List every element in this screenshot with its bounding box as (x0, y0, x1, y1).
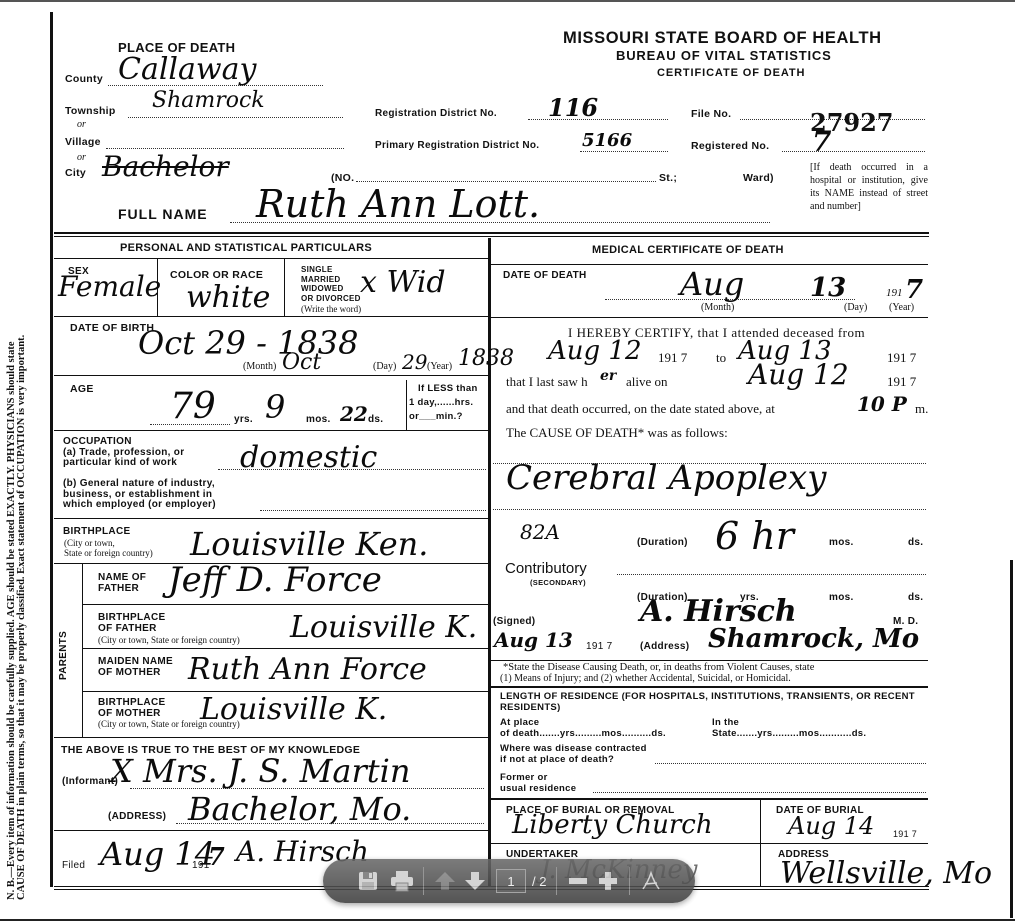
city-label: City (65, 167, 86, 179)
age-years: 79 (170, 386, 216, 427)
occupation-b3-label: which employed (or employer) (63, 500, 216, 511)
divider (491, 660, 928, 661)
ds-label-2: ds. (908, 592, 923, 603)
full-name-label: FULL NAME (118, 206, 208, 222)
mother-name-label1: MAIDEN NAME (98, 656, 173, 667)
occupation-b1-label: (b) General nature of industry, (63, 479, 216, 490)
age-days: 22 (340, 402, 368, 426)
filed-year-prefix: 191 (192, 860, 210, 871)
last-saw-date: Aug 12 (748, 358, 849, 391)
mother-bp-label1: BIRTHPLACE (98, 697, 165, 708)
left-border (50, 12, 53, 887)
father-name-value: Jeff D. Force (168, 560, 382, 600)
marital-divorced: OR DIVORCED (301, 294, 361, 304)
day-label: (Day) (844, 302, 867, 313)
township-value: Shamrock (152, 88, 265, 113)
time-of-death: 10 P (857, 392, 907, 416)
alive-on-text: alive on (626, 374, 668, 390)
hospital-note: [If death occurred in a hospital or inst… (810, 161, 928, 213)
save-button[interactable] (353, 866, 383, 896)
father-name-label1: NAME OF (98, 572, 146, 583)
contracted-label2: if not at place of death? (500, 754, 647, 765)
former-line (593, 792, 926, 793)
burial-place-value: Liberty Church (512, 810, 713, 840)
previous-page-button[interactable] (430, 866, 460, 896)
mother-name-value: Ruth Ann Force (188, 652, 427, 687)
father-bp-label1: BIRTHPLACE (98, 612, 165, 623)
father-birthplace-value: Louisville K. (290, 610, 477, 645)
death-year-suffix: 7 (905, 275, 923, 305)
divider (491, 843, 928, 844)
dob-value: Oct 29 - 1838 (138, 324, 359, 362)
full-name-value: Ruth Ann Lott. (256, 182, 540, 226)
occupation-value: domestic (240, 440, 377, 475)
minus-icon (567, 870, 589, 892)
birthplace-label: BIRTHPLACE (63, 526, 130, 537)
death-year-prefix: 191 (886, 287, 903, 299)
registration-district-label: Registration District No. (375, 108, 497, 119)
residence-heading: LENGTH OF RESIDENCE (FOR HOSPITALS, INST… (500, 691, 928, 713)
county-label: County (65, 73, 103, 85)
year-label: (Year) (427, 361, 452, 372)
st-label: St.; (659, 172, 677, 184)
birthplace-hint1: (City or town, (64, 538, 153, 548)
footnote-line1: *State the Disease Causing Death, or, in… (503, 662, 814, 673)
at-place-label1: At place (500, 717, 666, 728)
cause-text: The CAUSE OF DEATH* was as follows: (506, 425, 728, 441)
year-label: (Year) (889, 302, 914, 313)
day-value: 29 (402, 350, 427, 374)
burial-date-year: 191 7 (893, 829, 917, 839)
file-no-label: File No. (691, 108, 731, 120)
former-residence-block: Former or usual residence (500, 772, 576, 794)
marital-value: x Wid (360, 265, 446, 300)
marital-hint: (Write the word) (301, 304, 361, 314)
next-page-button[interactable] (460, 866, 490, 896)
cause-value: Cerebral Apoplexy (506, 458, 826, 498)
or-text: or (77, 119, 86, 130)
divider (54, 258, 488, 259)
print-icon (390, 870, 414, 892)
contracted-line (655, 763, 926, 764)
ds-label: ds. (368, 414, 383, 425)
mother-birthplace-label: BIRTHPLACE OF MOTHER (98, 697, 165, 719)
date-of-death-label: DATE OF DEATH (503, 270, 587, 281)
parents-label: PARENTS (58, 631, 69, 680)
toolbar-separator (629, 867, 630, 895)
or-text: or (77, 152, 86, 163)
contracted-label1: Where was disease contracted (500, 743, 647, 754)
birthplace-hint2: State or foreign country) (64, 548, 153, 558)
attended-from-year: 191 7 (658, 350, 687, 366)
county-value: Callaway (118, 52, 256, 87)
board-title: MISSOURI STATE BOARD OF HEALTH (563, 29, 882, 48)
mos-label: mos. (306, 414, 331, 425)
registration-district-value: 116 (548, 93, 598, 122)
less-than-text: If LESS than (418, 383, 478, 394)
father-bp-hint: (City or town, State or foreign country) (98, 635, 240, 645)
divider (82, 563, 83, 738)
right-edge (1010, 560, 1013, 918)
in-state-label1: In the (712, 717, 866, 728)
signed-label: (Signed) (493, 616, 535, 627)
less-than-hours: 1 day,......hrs. (409, 397, 473, 408)
duration-value: 6 hr (715, 514, 794, 558)
duration-label: (Duration) (637, 537, 688, 548)
signed-date: Aug 13 (494, 628, 573, 652)
physician-address-label: (Address) (640, 641, 689, 652)
father-name-label2: FATHER (98, 583, 146, 594)
city-value: Bachelor (102, 150, 229, 183)
month-label: (Month) (701, 302, 734, 313)
attended-to-year: 191 7 (887, 350, 916, 366)
divider (54, 375, 488, 376)
year-value: 1838 (458, 346, 514, 371)
divider (54, 316, 488, 317)
primary-district-value: 5166 (582, 130, 632, 151)
divider (406, 380, 407, 430)
side-instructions: N. B.—Every item of information should b… (2, 30, 26, 900)
occupation-label: OCCUPATION (63, 437, 184, 448)
marital-single: SINGLE (301, 265, 361, 275)
bureau-subtitle: BUREAU OF VITAL STATISTICS (616, 48, 832, 63)
divider (54, 232, 929, 234)
father-name-label: NAME OF FATHER (98, 572, 146, 594)
father-bp-label2: OF FATHER (98, 623, 165, 634)
former-label2: usual residence (500, 783, 576, 794)
mother-bp-label2: OF MOTHER (98, 708, 165, 719)
month-value: Oct (282, 350, 321, 375)
ward-label: Ward) (743, 172, 774, 184)
township-label: Township (65, 105, 116, 117)
death-month: Aug (680, 265, 744, 303)
age-label: AGE (70, 383, 94, 395)
color-value: white (186, 280, 270, 315)
side-note-line2: CAUSE OF DEATH in plain terms, so that i… (16, 335, 27, 900)
birthplace-value: Louisville Ken. (190, 525, 428, 563)
divider (491, 798, 928, 800)
informant-address-label: (ADDRESS) (108, 811, 166, 822)
zoom-in-button[interactable] (593, 866, 623, 896)
pdf-viewer-toolbar: 1 / 2 (323, 859, 695, 903)
informant-address-value: Bachelor, Mo. (188, 790, 411, 828)
divider (54, 830, 488, 831)
marital-widowed: WIDOWED (301, 284, 361, 294)
personal-heading: PERSONAL AND STATISTICAL PARTICULARS (120, 242, 372, 254)
toolbar-separator (423, 867, 424, 895)
to-label: to (716, 350, 726, 366)
divider (491, 317, 928, 318)
filed-label: Filed (62, 860, 85, 871)
print-button[interactable] (387, 866, 417, 896)
undertaker-address-value: Wellsville, Mo (780, 856, 992, 891)
mother-name-label: MAIDEN NAME OF MOTHER (98, 656, 173, 678)
primary-district-label: Primary Registration District No. (375, 140, 539, 151)
sex-value: Female (58, 270, 161, 303)
occurred-text: and that death occurred, on the date sta… (506, 401, 775, 417)
open-in-acrobat-button[interactable] (636, 866, 666, 896)
informant-value: X Mrs. J. S. Martin (110, 752, 410, 790)
physician-address-value: Shamrock, Mo (708, 624, 919, 654)
contributory-line (617, 574, 926, 575)
village-label: Village (65, 136, 101, 148)
mos-label: mos. (829, 537, 854, 548)
at-place-block: At place of death.......yrs.........mos.… (500, 717, 666, 739)
township-line (128, 117, 343, 118)
occupation-a2-label: particular kind of work (63, 458, 184, 469)
day-label: (Day) (373, 361, 396, 372)
toolbar-separator (556, 867, 557, 895)
burial-date-value: Aug 14 (788, 812, 874, 840)
former-label1: Former or (500, 772, 576, 783)
mother-birthplace-value: Louisville K. (200, 692, 387, 727)
divider (54, 430, 488, 431)
medical-heading: MEDICAL CERTIFICATE OF DEATH (592, 244, 784, 256)
marital-options: SINGLE MARRIED WIDOWED OR DIVORCED (301, 265, 361, 303)
footnote-line2: (1) Means of Injury; and (2) whether Acc… (500, 673, 791, 684)
occupation-label-block: OCCUPATION (a) Trade, profession, or par… (63, 437, 184, 469)
divider (82, 648, 488, 649)
page-total: / 2 (532, 874, 546, 889)
at-place-label2: of death.......yrs.........mos..........… (500, 728, 666, 739)
village-line (106, 148, 344, 149)
occupation-b-line (260, 510, 486, 511)
last-saw-text: that I last saw h (506, 374, 588, 390)
divider (54, 236, 929, 237)
page-number-input[interactable]: 1 (496, 869, 526, 893)
occupation-b-block: (b) General nature of industry, business… (63, 479, 216, 511)
divider (491, 686, 928, 688)
plus-icon (597, 870, 619, 892)
death-day: 13 (810, 273, 846, 303)
primary-line (580, 151, 668, 152)
cause-line2 (493, 509, 926, 510)
last-saw-year: 191 7 (887, 374, 916, 390)
ds-label: ds. (908, 537, 923, 548)
marital-married: MARRIED (301, 275, 361, 285)
arrow-down-icon (464, 870, 486, 892)
attended-from: Aug 12 (548, 336, 642, 366)
arrow-up-icon (434, 870, 456, 892)
secondary-label: (SECONDARY) (530, 578, 586, 587)
m-label: m. (915, 401, 928, 417)
age-months: 9 (265, 388, 285, 426)
less-than-min: or___min.? (409, 411, 463, 422)
form-name: CERTIFICATE OF DEATH (657, 67, 805, 79)
registered-no-value: 7 (812, 125, 831, 158)
registered-no-label: Registered No. (691, 140, 769, 152)
save-icon (357, 870, 379, 892)
in-state-label2: State.......yrs.........mos...........ds… (712, 728, 866, 739)
mother-name-label2: OF MOTHER (98, 667, 173, 678)
birthplace-hint: (City or town, State or foreign country) (64, 538, 153, 558)
cause-code: 82A (520, 520, 560, 544)
month-label: (Month) (243, 361, 276, 372)
divider (54, 518, 488, 519)
registered-line (782, 151, 925, 152)
divider (54, 737, 488, 738)
center-divider (488, 238, 491, 886)
acrobat-icon (640, 870, 662, 892)
last-saw-pronoun: er (600, 368, 616, 384)
divider (82, 604, 488, 605)
contracted-block: Where was disease contracted if not at p… (500, 743, 647, 765)
contributory-label: Contributory (505, 560, 587, 577)
signed-year: 191 7 (586, 641, 613, 652)
father-birthplace-label: BIRTHPLACE OF FATHER (98, 612, 165, 634)
yrs-label: yrs. (234, 414, 253, 425)
mos-label-2: mos. (829, 592, 854, 603)
filed-year-suffix: 7 (208, 842, 225, 871)
divider (284, 258, 285, 316)
zoom-out-button[interactable] (563, 866, 593, 896)
in-state-block: In the State.......yrs.........mos......… (712, 717, 866, 739)
